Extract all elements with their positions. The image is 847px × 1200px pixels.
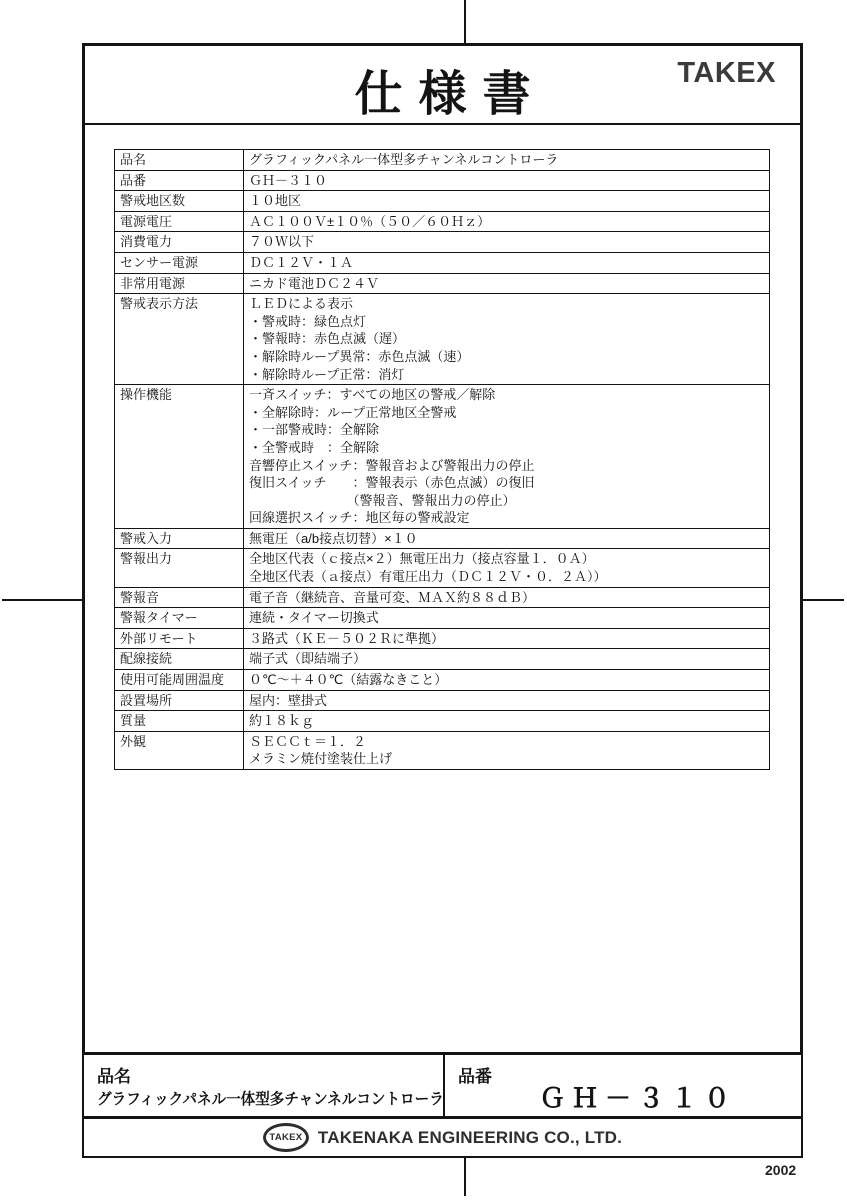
spec-row: 外部リモート３路式（ＫＥ－５０２Ｒに準拠） xyxy=(115,628,770,649)
spec-value-line: 無電圧（a/b接点切替）×１０ xyxy=(249,530,764,548)
spec-row: 消費電力７０Ｗ以下 xyxy=(115,232,770,253)
crop-mark-left xyxy=(2,599,82,601)
spec-value: 全地区代表（ｃ接点×２）無電圧出力（接点容量１．０Ａ）全地区代表（ａ接点）有電圧… xyxy=(244,549,770,587)
spec-row: 警戒入力無電圧（a/b接点切替）×１０ xyxy=(115,528,770,549)
spec-row: 警報音電子音（継続音、音量可変、ＭＡＸ約８８ｄＢ） xyxy=(115,587,770,608)
spec-value-line: ＳＥＣＣｔ＝１．２ xyxy=(249,733,764,751)
spec-value: ＧＨ－３１０ xyxy=(244,170,770,191)
spec-value-line: 全地区代表（ａ接点）有電圧出力（ＤＣ１２Ｖ・０．２Ａ）） xyxy=(249,568,764,586)
footer-number-cell: 品番 ＧＨ－３１０ xyxy=(445,1055,801,1116)
spec-label: 質量 xyxy=(115,711,244,732)
company-name: TAKENAKA ENGINEERING CO., LTD. xyxy=(318,1128,622,1148)
spec-table: 品名グラフィックパネル一体型多チャンネルコントローラ品番ＧＨ－３１０警戒地区数１… xyxy=(114,149,770,770)
spec-value-line: 端子式（即結端子） xyxy=(249,650,764,668)
takex-oval-logo: TAKEX xyxy=(263,1123,309,1152)
spec-value: ０℃～＋４０℃（結露なきこと） xyxy=(244,670,770,691)
spec-value-line: 約１８ｋｇ xyxy=(249,712,764,730)
spec-value: 屋内：壁掛式 xyxy=(244,690,770,711)
product-name-value: グラフィックパネル一体型多チャンネルコントローラ xyxy=(97,1087,444,1109)
crop-mark-right xyxy=(801,599,844,601)
spec-row: 警報出力全地区代表（ｃ接点×２）無電圧出力（接点容量１．０Ａ）全地区代表（ａ接点… xyxy=(115,549,770,587)
spec-label: 警戒地区数 xyxy=(115,191,244,212)
document-page: 仕様書 TAKEX 品名グラフィックパネル一体型多チャンネルコントローラ品番ＧＨ… xyxy=(0,0,847,1200)
spec-row: 配線接続端子式（即結端子） xyxy=(115,649,770,670)
spec-value: ＤＣ１２Ｖ・１Ａ xyxy=(244,252,770,273)
spec-row: 電源電圧ＡＣ１００Ｖ±１０％（５０／６０Ｈｚ） xyxy=(115,211,770,232)
spec-value-line: 一斉スイッチ：すべての地区の警戒／解除 xyxy=(249,386,764,404)
footer-title-block: 品名 グラフィックパネル一体型多チャンネルコントローラ 品番 ＧＨ－３１０ TA… xyxy=(84,1052,801,1156)
spec-value: ７０Ｗ以下 xyxy=(244,232,770,253)
spec-value: ニカド電池ＤＣ２４Ｖ xyxy=(244,273,770,294)
spec-label: 警報音 xyxy=(115,587,244,608)
spec-label: 品番 xyxy=(115,170,244,191)
spec-row: 設置場所屋内：壁掛式 xyxy=(115,690,770,711)
footer-name-cell: 品名 グラフィックパネル一体型多チャンネルコントローラ xyxy=(84,1055,445,1116)
spec-row: 警戒地区数１０地区 xyxy=(115,191,770,212)
spec-value-line: 復旧スイッチ ：警報表示（赤色点滅）の復旧 xyxy=(249,474,764,492)
spec-value: 端子式（即結端子） xyxy=(244,649,770,670)
spec-value: グラフィックパネル一体型多チャンネルコントローラ xyxy=(244,150,770,171)
spec-value-line: ニカド電池ＤＣ２４Ｖ xyxy=(249,275,764,293)
spec-value-line: ・解除時ループ正常：消灯 xyxy=(249,366,764,384)
product-name-label: 品名 xyxy=(97,1062,131,1087)
spec-value: 電子音（継続音、音量可変、ＭＡＸ約８８ｄＢ） xyxy=(244,587,770,608)
spec-value: ＬＥＤによる表示・警戒時：緑色点灯・警報時：赤色点滅（遅）・解除時ループ異常：赤… xyxy=(244,294,770,385)
year-note: 2002 xyxy=(765,1162,796,1178)
spec-value-line: １０地区 xyxy=(249,192,764,210)
spec-value-line: 連続・タイマー切換式 xyxy=(249,609,764,627)
spec-label: 消費電力 xyxy=(115,232,244,253)
spec-label: 品名 xyxy=(115,150,244,171)
spec-value-line: 回線選択スイッチ：地区毎の警戒設定 xyxy=(249,509,764,527)
spec-value: ＡＣ１００Ｖ±１０％（５０／６０Ｈｚ） xyxy=(244,211,770,232)
spec-value: 連続・タイマー切換式 xyxy=(244,608,770,629)
spec-value-line: ・一部警戒時：全解除 xyxy=(249,421,764,439)
spec-value-line: ３路式（ＫＥ－５０２Ｒに準拠） xyxy=(249,630,764,648)
spec-label: 設置場所 xyxy=(115,690,244,711)
spec-value-line: ・解除時ループ異常：赤色点滅（速） xyxy=(249,348,764,366)
spec-value: ３路式（ＫＥ－５０２Ｒに準拠） xyxy=(244,628,770,649)
spec-value-line: （警報音、警報出力の停止） xyxy=(249,492,764,510)
spec-value: 一斉スイッチ：すべての地区の警戒／解除・全解除時：ループ正常地区全警戒・一部警戒… xyxy=(244,385,770,529)
spec-value-line: ０℃～＋４０℃（結露なきこと） xyxy=(249,671,764,689)
spec-value-line: ・全解除時：ループ正常地区全警戒 xyxy=(249,404,764,422)
page-border-box: 仕様書 TAKEX 品名グラフィックパネル一体型多チャンネルコントローラ品番ＧＨ… xyxy=(82,43,803,1158)
spec-row: 品名グラフィックパネル一体型多チャンネルコントローラ xyxy=(115,150,770,171)
spec-value: 約１８ｋｇ xyxy=(244,711,770,732)
spec-value: 無電圧（a/b接点切替）×１０ xyxy=(244,528,770,549)
spec-label: 使用可能周囲温度 xyxy=(115,670,244,691)
spec-label: 警戒入力 xyxy=(115,528,244,549)
spec-label: 操作機能 xyxy=(115,385,244,529)
spec-value-line: 電子音（継続音、音量可変、ＭＡＸ約８８ｄＢ） xyxy=(249,589,764,607)
spec-value-line: ・全警戒時 ：全解除 xyxy=(249,439,764,457)
title-band: 仕様書 TAKEX xyxy=(85,46,800,125)
spec-row: 品番ＧＨ－３１０ xyxy=(115,170,770,191)
spec-row: 使用可能周囲温度０℃～＋４０℃（結露なきこと） xyxy=(115,670,770,691)
crop-mark-bottom xyxy=(464,1156,466,1196)
spec-row: 非常用電源ニカド電池ＤＣ２４Ｖ xyxy=(115,273,770,294)
product-number-value: ＧＨ－３１０ xyxy=(475,1078,801,1115)
takex-wordmark-logo: TAKEX xyxy=(677,57,776,90)
spec-value-line: ＤＣ１２Ｖ・１Ａ xyxy=(249,254,764,272)
spec-row: 操作機能一斉スイッチ：すべての地区の警戒／解除・全解除時：ループ正常地区全警戒・… xyxy=(115,385,770,529)
spec-value-line: ・警戒時：緑色点灯 xyxy=(249,313,764,331)
spec-value-line: メラミン焼付塗装仕上げ xyxy=(249,750,764,768)
footer-row-company: TAKEX TAKENAKA ENGINEERING CO., LTD. xyxy=(84,1119,801,1156)
spec-value: １０地区 xyxy=(244,191,770,212)
spec-row: センサー電源ＤＣ１２Ｖ・１Ａ xyxy=(115,252,770,273)
spec-row: 警報タイマー連続・タイマー切換式 xyxy=(115,608,770,629)
spec-value-line: 屋内：壁掛式 xyxy=(249,692,764,710)
spec-row: 外観ＳＥＣＣｔ＝１．２メラミン焼付塗装仕上げ xyxy=(115,731,770,769)
spec-value-line: グラフィックパネル一体型多チャンネルコントローラ xyxy=(249,151,764,169)
crop-mark-top xyxy=(464,0,466,45)
spec-value-line: 音響停止スイッチ：警報音および警報出力の停止 xyxy=(249,457,764,475)
spec-label: 外部リモート xyxy=(115,628,244,649)
spec-label: 警報出力 xyxy=(115,549,244,587)
spec-label: 外観 xyxy=(115,731,244,769)
footer-row-product: 品名 グラフィックパネル一体型多チャンネルコントローラ 品番 ＧＨ－３１０ xyxy=(84,1055,801,1119)
spec-label: 警戒表示方法 xyxy=(115,294,244,385)
spec-row: 警戒表示方法ＬＥＤによる表示・警戒時：緑色点灯・警報時：赤色点滅（遅）・解除時ル… xyxy=(115,294,770,385)
spec-label: 非常用電源 xyxy=(115,273,244,294)
spec-label: 警報タイマー xyxy=(115,608,244,629)
spec-value-line: ＬＥＤによる表示 xyxy=(249,295,764,313)
spec-label: センサー電源 xyxy=(115,252,244,273)
spec-table-body: 品名グラフィックパネル一体型多チャンネルコントローラ品番ＧＨ－３１０警戒地区数１… xyxy=(115,150,770,770)
spec-label: 配線接続 xyxy=(115,649,244,670)
spec-label: 電源電圧 xyxy=(115,211,244,232)
spec-value-line: ＡＣ１００Ｖ±１０％（５０／６０Ｈｚ） xyxy=(249,213,764,231)
spec-value-line: ７０Ｗ以下 xyxy=(249,233,764,251)
spec-value-line: ・警報時：赤色点滅（遅） xyxy=(249,330,764,348)
spec-row: 質量約１８ｋｇ xyxy=(115,711,770,732)
spec-value-line: 全地区代表（ｃ接点×２）無電圧出力（接点容量１．０Ａ） xyxy=(249,550,764,568)
spec-value: ＳＥＣＣｔ＝１．２メラミン焼付塗装仕上げ xyxy=(244,731,770,769)
spec-value-line: ＧＨ－３１０ xyxy=(249,172,764,190)
